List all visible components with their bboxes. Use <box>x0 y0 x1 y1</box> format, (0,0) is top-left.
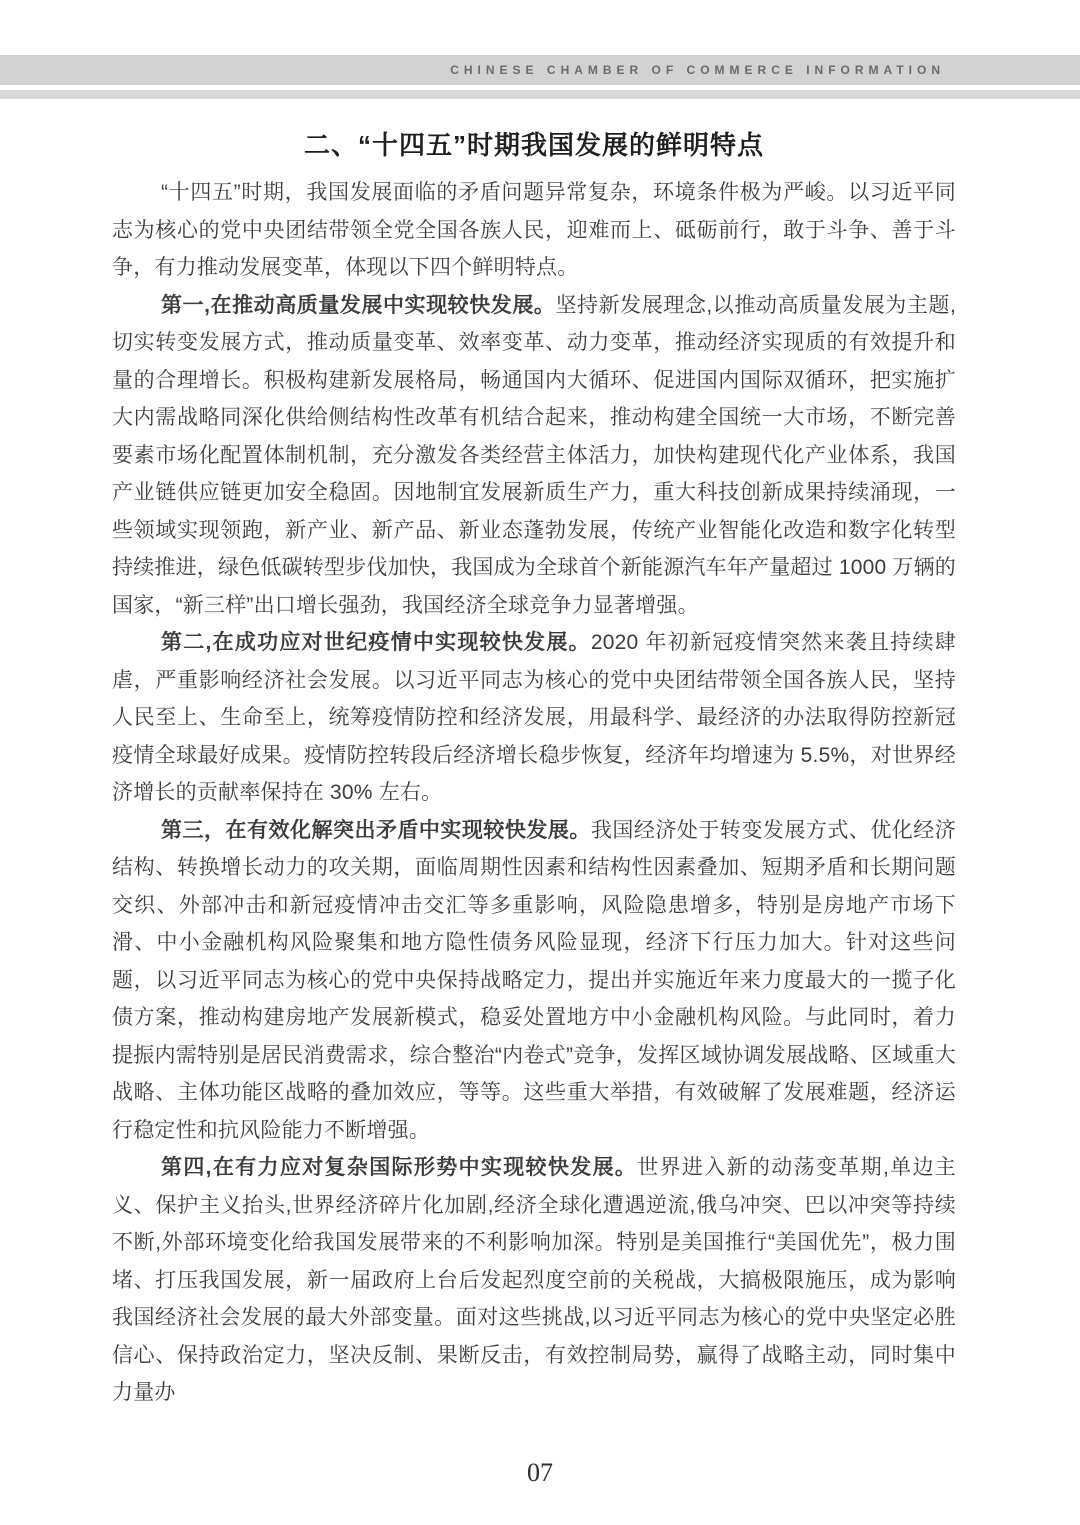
header-banner-bar: CHINESE CHAMBER OF COMMERCE INFORMATION <box>0 55 1080 85</box>
paragraph: 第三，在有效化解突出矛盾中实现较快发展。我国经济处于转变发展方式、优化经济结构、… <box>112 812 956 1150</box>
paragraph: 第四,在有力应对复杂国际形势中实现较快发展。世界进入新的动荡变革期,单边主义、保… <box>112 1149 956 1412</box>
paragraph-lead: 第一,在推动高质量发展中实现较快发展。 <box>161 294 555 317</box>
paragraph-lead: 第二,在成功应对世纪疫情中实现较快发展。 <box>161 631 591 654</box>
paragraph-lead: 第三，在有效化解突出矛盾中实现较快发展。 <box>161 819 591 842</box>
paragraph: 第一,在推动高质量发展中实现较快发展。坚持新发展理念,以推动高质量发展为主题,切… <box>112 287 956 625</box>
paragraph: 第二,在成功应对世纪疫情中实现较快发展。2020 年初新冠疫情突然来袭且持续肆虐… <box>112 624 956 812</box>
paragraph-text: 世界进入新的动荡变革期,单边主义、保护主义抬头,世界经济碎片化加剧,经济全球化遭… <box>112 1156 956 1404</box>
header-banner-thin-bar <box>0 90 1080 99</box>
document-body: 二、“十四五”时期我国发展的鲜明特点 “十四五”时期，我国发展面临的矛盾问题异常… <box>112 126 956 1412</box>
paragraph: “十四五”时期，我国发展面临的矛盾问题异常复杂，环境条件极为严峻。以习近平同志为… <box>112 174 956 287</box>
header-banner-text: CHINESE CHAMBER OF COMMERCE INFORMATION <box>0 55 1080 85</box>
page-number: 07 <box>0 1458 1080 1488</box>
page-title: 二、“十四五”时期我国发展的鲜明特点 <box>112 126 956 164</box>
paragraph-text: 我国经济处于转变发展方式、优化经济结构、转换增长动力的攻关期，面临周期性因素和结… <box>112 819 956 1142</box>
paragraph-text: 2020 年初新冠疫情突然来袭且持续肆虐，严重影响经济社会发展。以习近平同志为核… <box>112 631 956 804</box>
paragraph-text: 坚持新发展理念,以推动高质量发展为主题,切实转变发展方式，推动质量变革、效率变革… <box>112 294 956 617</box>
paragraph-text: “十四五”时期，我国发展面临的矛盾问题异常复杂，环境条件极为严峻。以习近平同志为… <box>112 181 956 279</box>
paragraph-lead: 第四,在有力应对复杂国际形势中实现较快发展。 <box>161 1156 637 1179</box>
